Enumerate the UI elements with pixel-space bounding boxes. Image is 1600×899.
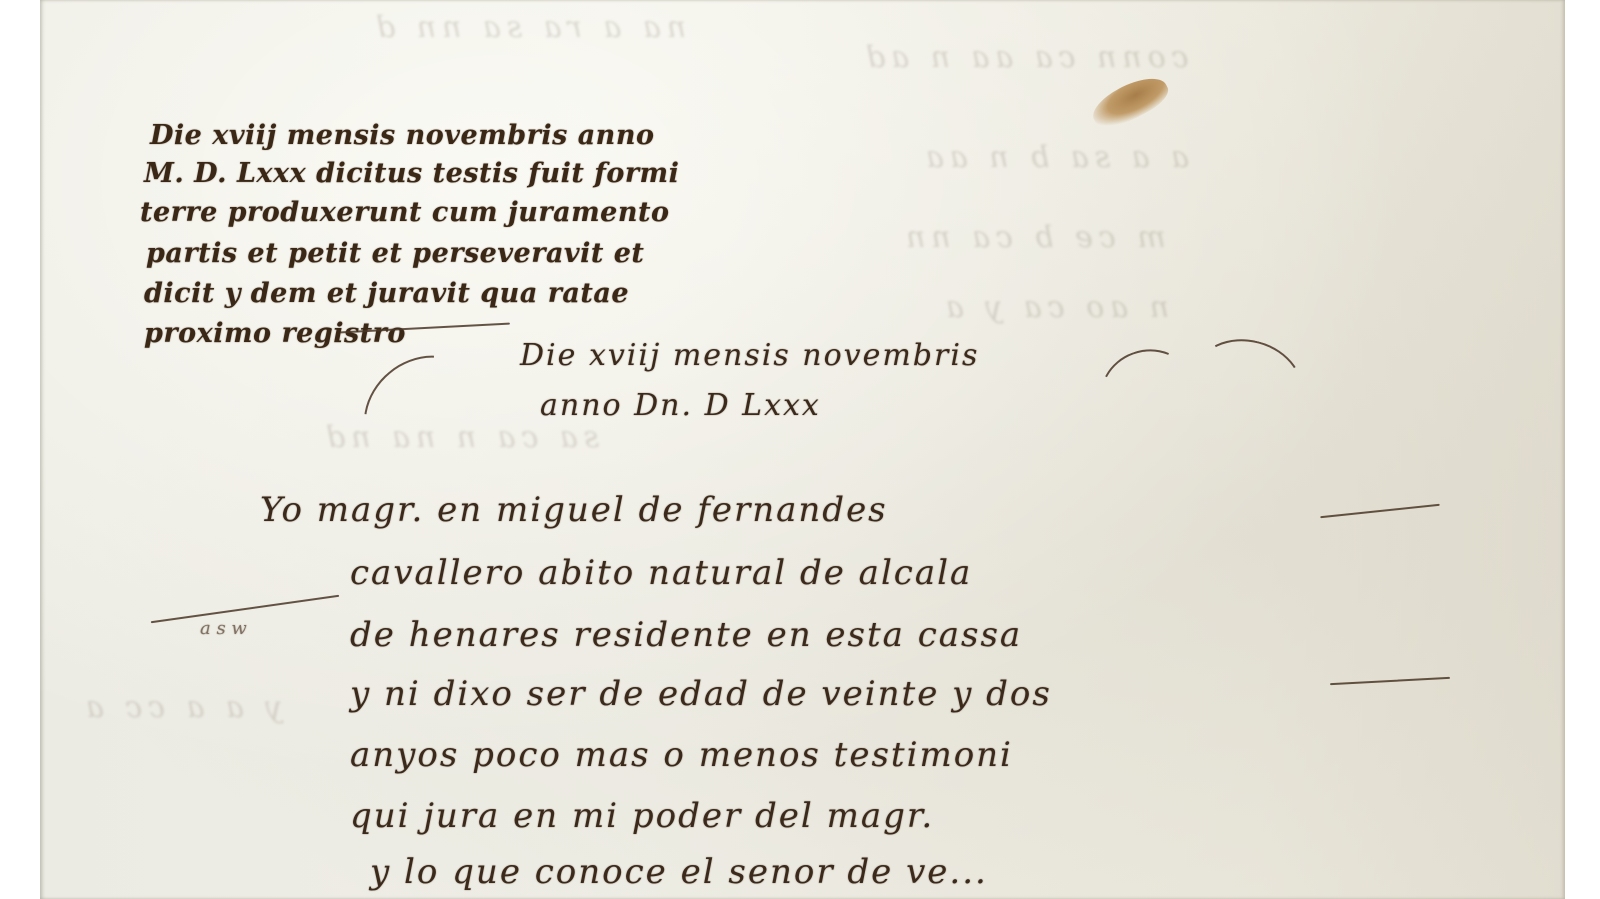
manuscript-page: na a ra sa nn d conn ca aa n ad a a sa b…: [40, 0, 1565, 899]
margin-note-line: M. D. Lxxx dicitus testis fuit formi: [144, 158, 679, 189]
body-line: de henares residente en esta cassa: [350, 615, 1022, 655]
margin-note-line: partis et petit et perseveravit et: [146, 238, 644, 269]
left-marginalia: a s w: [200, 618, 247, 639]
body-line: y ni dixo ser de edad de veinte y dos: [350, 674, 1052, 714]
body-line: qui jura en mi poder del magr.: [350, 796, 934, 836]
margin-note-line: dicit y dem et juravit qua ratae: [144, 278, 629, 309]
bleed-through-text: na a ra sa nn d: [370, 10, 686, 45]
bleed-through-text: m ce b ca nn: [900, 220, 1166, 255]
heading-line: Die xviij mensis novembris: [520, 338, 979, 373]
ink-stain: [1087, 68, 1174, 136]
margin-note-line: terre produxerunt cum juramento: [140, 197, 669, 228]
body-line: y lo que conoce el senor de ve...: [370, 852, 988, 892]
bleed-through-text: a a sa b n aa: [920, 140, 1189, 175]
heading-line: anno Dn. D Lxxx: [540, 388, 821, 423]
margin-note-line: Die xviij mensis novembris anno: [150, 120, 654, 151]
line-extension-stroke: [1330, 677, 1450, 685]
margin-note-line: proximo registro: [144, 318, 406, 349]
body-line: cavallero abito natural de alcala: [350, 553, 972, 593]
line-extension-stroke: [1320, 504, 1440, 519]
left-flourish: [341, 332, 503, 491]
bleed-through-text: y a a cc a: [80, 690, 282, 725]
body-line: anyos poco mas o menos testimoni: [350, 735, 1013, 775]
bleed-through-text: n ao ca y a: [940, 290, 1169, 325]
heading-flourish: [1088, 336, 1205, 447]
heading-flourish: [1180, 327, 1314, 447]
body-line: Yo magr. en miguel de fernandes: [260, 490, 888, 530]
bleed-through-text: conn ca aa n ad: [860, 40, 1189, 75]
